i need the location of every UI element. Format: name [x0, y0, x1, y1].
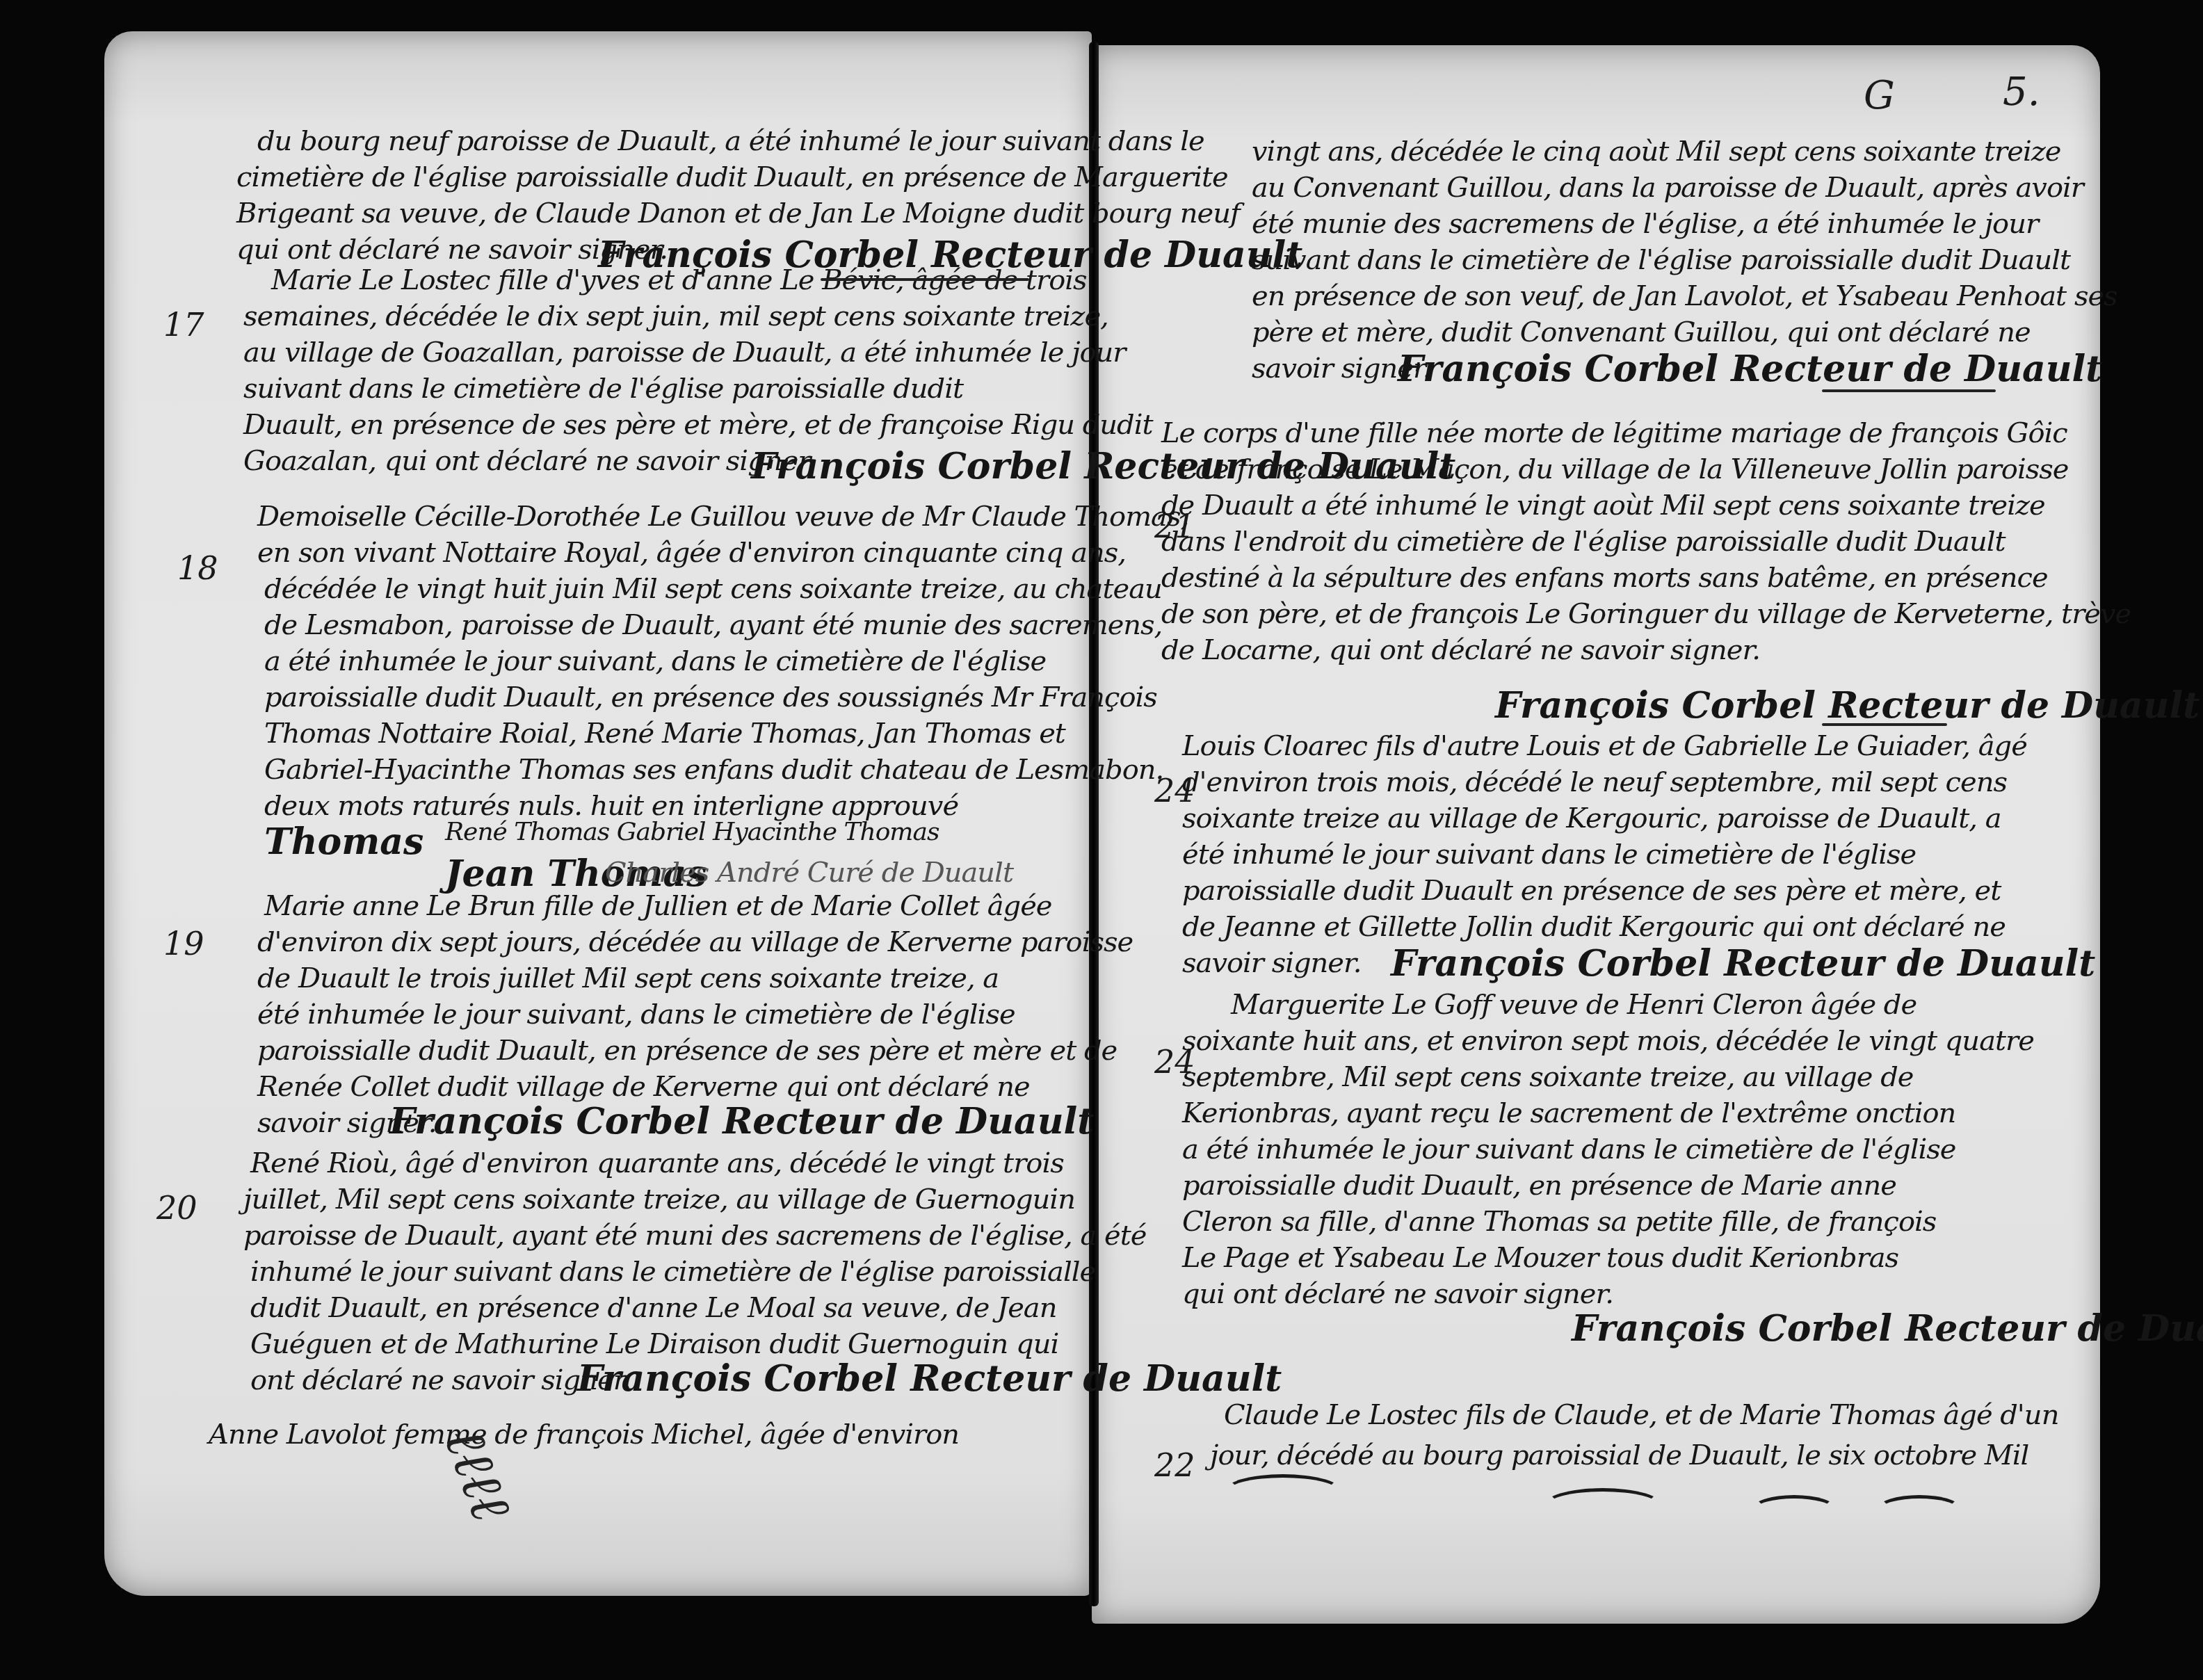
entry-line: Cleron sa fille, d'anne Thomas sa petite… — [1182, 1206, 1936, 1238]
entry-margin-number: 17 — [163, 306, 204, 344]
entry-line: paroissialle dudit Duault, en présence d… — [257, 1035, 1117, 1067]
entry-line: Goazalan, qui ont déclaré ne savoir sign… — [243, 445, 816, 477]
entry-line: suivant dans le cimetière de l'église pa… — [1252, 244, 2070, 276]
entry-line: du bourg neuf paroisse de Duault, a été … — [257, 125, 1204, 157]
entry-line: soixante treize au village de Kergouric,… — [1182, 802, 2001, 834]
entry-line: Duault, en présence de ses père et mère,… — [243, 409, 1153, 441]
entry-line: jour, décédé au bourg paroissial de Duau… — [1210, 1439, 2028, 1471]
line-filler-arc — [1752, 1495, 1836, 1523]
entry-line: de Jeanne et Gillette Jollin dudit Kergo… — [1182, 911, 2006, 943]
rector-signature: François Corbel Recteur de Duault — [1495, 684, 2200, 727]
entry-line: d'environ dix sept jours, décédée au vil… — [257, 926, 1133, 958]
entry-line: de son père, et de françois Le Goringuer… — [1161, 598, 2131, 630]
entry-line: Gabriel-Hyacinthe Thomas ses enfans dudi… — [264, 754, 1163, 786]
entry-line: Claude Le Lostec fils de Claude, et de M… — [1224, 1399, 2058, 1431]
entry-margin-number: 18 — [177, 549, 218, 587]
entry-line: Kerionbras, ayant reçu le sacrement de l… — [1182, 1097, 1955, 1129]
entry-line: Le corps d'une fille née morte de légiti… — [1161, 417, 2067, 449]
entry-line: Le Page et Ysabeau Le Mouzer tous dudit … — [1182, 1242, 1898, 1274]
scanned-register-image: G 5. du bourg neuf paroisse de Duault, a… — [0, 0, 2203, 1680]
entry-line: inhumé le jour suivant dans le cimetière… — [250, 1256, 1095, 1288]
line-filler-arc — [1224, 1474, 1342, 1509]
entry-line: d'environ trois mois, décédé le neuf sep… — [1182, 766, 2007, 798]
signature-flourish — [821, 278, 1029, 281]
entry-line: dans l'endroit du cimetière de l'église … — [1161, 526, 2006, 558]
entry-line: décédée le vingt huit juin Mil sept cens… — [264, 573, 1162, 605]
entry-line: juillet, Mil sept cens soixante treize, … — [243, 1184, 1075, 1215]
entry-line: paroissialle dudit Duault, en présence d… — [264, 681, 1157, 713]
entry-margin-number: 22 — [1154, 1446, 1195, 1484]
entry-line: a été inhumée le jour suivant dans le ci… — [1182, 1133, 1955, 1165]
entry-line: cimetière de l'église paroissialle dudit… — [236, 161, 1228, 193]
entry-line: savoir signer. — [1182, 947, 1361, 979]
entry-line: de Locarne, qui ont déclaré ne savoir si… — [1161, 634, 1760, 666]
entry-line: été inhumé le jour suivant dans le cimet… — [1182, 839, 1916, 871]
entry-line: au village de Goazallan, paroisse de Dua… — [243, 337, 1126, 369]
entry-line: été munie des sacremens de l'église, a é… — [1252, 208, 2038, 240]
witness-signature: Thomas — [264, 821, 423, 863]
rector-signature: François Corbel Recteur de Duault — [1572, 1307, 2203, 1350]
folio-monogram: G — [1864, 73, 1895, 118]
entry-line: Anne Lavolot femme de françois Michel, â… — [209, 1419, 959, 1451]
entry-margin-number: 20 — [156, 1189, 197, 1227]
line-filler-arc — [1544, 1488, 1662, 1523]
rector-signature: François Corbel Recteur de Duault — [389, 1100, 1094, 1142]
entry-line: père et mère, dudit Convenant Guillou, q… — [1252, 316, 2031, 348]
entry-line: paroisse de Duault, ayant été muni des s… — [243, 1220, 1147, 1252]
cure-signature: Charles André Curé de Duault — [605, 857, 1013, 889]
entry-margin-number: 19 — [163, 925, 204, 962]
entry-line: de Duault a été inhumé le vingt aoùt Mil… — [1161, 490, 2045, 522]
rector-signature: François Corbel Recteur de Duault — [577, 1357, 1282, 1400]
rector-signature: François Corbel Recteur de Duault — [1391, 942, 2095, 985]
entry-line: suivant dans le cimetière de l'église pa… — [243, 373, 963, 405]
entry-line: en présence de son veuf, de Jan Lavolot,… — [1252, 280, 2117, 312]
entry-line: Brigeant sa veuve, de Claude Danon et de… — [236, 197, 1240, 229]
signature-flourish — [1822, 389, 1996, 392]
entry-line: ont déclaré ne savoir signer. — [250, 1364, 631, 1396]
entry-line: Demoiselle Cécille-Dorothée Le Guillou v… — [257, 501, 1188, 533]
entry-line: septembre, Mil sept cens soixante treize… — [1182, 1061, 1914, 1093]
entry-line: Marie anne Le Brun fille de Jullien et d… — [264, 890, 1052, 922]
entry-line: de Duault le trois juillet Mil sept cens… — [257, 962, 999, 994]
entry-line: Marguerite Le Goff veuve de Henri Cleron… — [1231, 989, 1916, 1021]
entry-line: de Lesmabon, paroisse de Duault, ayant é… — [264, 609, 1162, 641]
witness-signature: René Thomas Gabriel Hyacinthe Thomas — [445, 818, 939, 846]
entry-line: qui ont déclaré ne savoir signer. — [1182, 1278, 1613, 1310]
entry-line: dudit Duault, en présence d'anne Le Moal… — [250, 1292, 1056, 1324]
entry-line: semaines, décédée le dix sept juin, mil … — [243, 300, 1108, 332]
entry-line: vingt ans, décédée le cinq aoùt Mil sept… — [1252, 136, 2060, 168]
entry-line: Guéguen et de Mathurine Le Diraison dudi… — [250, 1328, 1058, 1360]
entry-line: destiné à la sépulture des enfans morts … — [1161, 562, 2048, 594]
line-filler-arc — [1878, 1495, 1961, 1523]
entry-line: Louis Cloarec fils d'autre Louis et de G… — [1182, 730, 2027, 762]
entry-line: René Rioù, âgé d'environ quarante ans, d… — [250, 1147, 1064, 1179]
entry-line: soixante huit ans, et environ sept mois,… — [1182, 1025, 2034, 1057]
signature-flourish — [1822, 723, 1947, 726]
entry-line: a été inhumée le jour suivant, dans le c… — [264, 645, 1046, 677]
folio-number: 5. — [2003, 70, 2040, 115]
entry-line: Renée Collet dudit village de Kerverne q… — [257, 1071, 1030, 1103]
entry-line: paroissialle dudit Duault, en présence d… — [1182, 1170, 1896, 1202]
entry-line: été inhumée le jour suivant, dans le cim… — [257, 999, 1015, 1031]
entry-line: et de françoise Le Maçon, du village de … — [1161, 453, 2068, 485]
entry-line: Thomas Nottaire Roial, René Marie Thomas… — [264, 718, 1065, 750]
entry-line: au Convenant Guillou, dans la paroisse d… — [1252, 172, 2083, 204]
rector-signature: François Corbel Recteur de Duault — [1398, 348, 2102, 390]
entry-line: en son vivant Nottaire Royal, âgée d'env… — [257, 537, 1126, 569]
entry-line: paroissialle dudit Duault en présence de… — [1182, 875, 2001, 907]
